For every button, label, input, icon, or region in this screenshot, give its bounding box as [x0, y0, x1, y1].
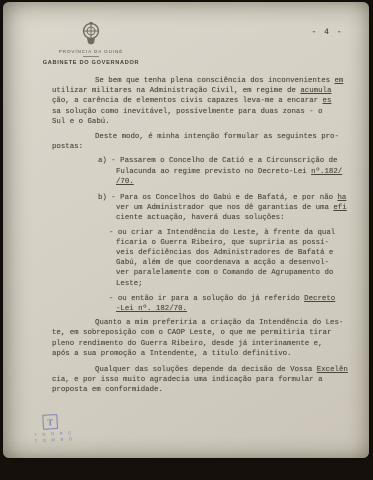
text-line: Fulacunda ao regime previsto no Decreto-… [52, 167, 351, 177]
paragraph-block: a) - Passarem o Concelho de Catió e a Ci… [52, 156, 351, 187]
letterhead-divider [83, 56, 99, 57]
paragraph-block: Deste modo, é minha intenção formular as… [52, 132, 351, 152]
text-line: -Lei nº. 182/70. [52, 304, 351, 314]
text-line: utilizar militares na Administração Civi… [52, 86, 351, 96]
document-body: Se bem que tenha plena consciência dos i… [3, 76, 369, 396]
stamp-letter: T [47, 417, 54, 427]
text-line: /70. [52, 177, 351, 187]
text-line: após a sua promoção a Intendente, a títu… [52, 349, 351, 359]
archive-stamp: T T O R R E T O M B O [33, 413, 82, 444]
paragraph-block: Quanto a mim preferiria a criação da Int… [52, 318, 351, 359]
text-line: ção, a carência de elementos civis capaz… [52, 96, 351, 106]
text-line: Deste modo, é minha intenção formular as… [52, 132, 351, 142]
stamp-text-line2: T O M B O [35, 436, 83, 444]
text-line: sa solução como inevitável, possívelment… [52, 107, 351, 117]
letterhead-office: GABINETE DO GOVERNADOR [39, 60, 143, 66]
text-line: Qualquer das soluções depende da decisão… [52, 365, 351, 375]
text-line: - ou criar a Intendência do Leste, à fre… [52, 228, 351, 238]
text-line: te, em sobreposição com o CAOP Leste, o … [52, 328, 351, 338]
text-line: ver paralelamente com o Comando de Agrup… [52, 268, 351, 278]
letterhead: PROVÍNCIA DA GUINÉ GABINETE DO GOVERNADO… [39, 22, 143, 66]
text-line: Se bem que tenha plena consciência dos i… [52, 76, 351, 86]
paragraph-block: b) - Para os Concelhos do Gabú e de Bafa… [52, 193, 351, 224]
text-line: cia, e por isso muito agradecia uma indi… [52, 375, 351, 385]
paragraph-block: - ou criar a Intendência do Leste, à fre… [52, 228, 351, 289]
stamp-letter-box: T [42, 414, 58, 430]
text-line: postas: [52, 142, 351, 152]
text-line: Quanto a mim preferiria a criação da Int… [52, 318, 351, 328]
text-line: a) - Passarem o Concelho de Catió e a Ci… [52, 156, 351, 166]
text-line: Leste; [52, 279, 351, 289]
text-line: Gabú, além de que coordenava a acção a d… [52, 258, 351, 268]
paragraph-block: - ou então ir para a solução do já refer… [52, 294, 351, 314]
paragraph-block: Se bem que tenha plena consciência dos i… [52, 76, 351, 127]
text-line: ficaria o Guerra Ribeiro, que supriria a… [52, 238, 351, 248]
text-line: proposta em conformidade. [52, 385, 351, 395]
document-page: - 4 - PROVÍNCIA DA GUINÉ GABINETE DO GOV… [3, 2, 369, 458]
text-line: ver um Administrador que nos dê garantia… [52, 203, 351, 213]
text-line: veis deficiências dos Administradores de… [52, 248, 351, 258]
paragraph-block: Qualquer das soluções depende da decisão… [52, 365, 351, 396]
letterhead-province: PROVÍNCIA DA GUINÉ [39, 49, 143, 54]
page-number: - 4 - [311, 28, 343, 37]
text-line: - ou então ir para a solução do já refer… [52, 294, 351, 304]
text-line: b) - Para os Concelhos do Gabú e de Bafa… [52, 193, 351, 203]
text-line: pleno rendimento do Guerra Ribeiro, desd… [52, 339, 351, 349]
text-line: ciente actuação, haverá duas soluções: [52, 213, 351, 223]
coat-of-arms-icon [81, 22, 101, 46]
text-line: Sul e o Gabú. [52, 117, 351, 127]
